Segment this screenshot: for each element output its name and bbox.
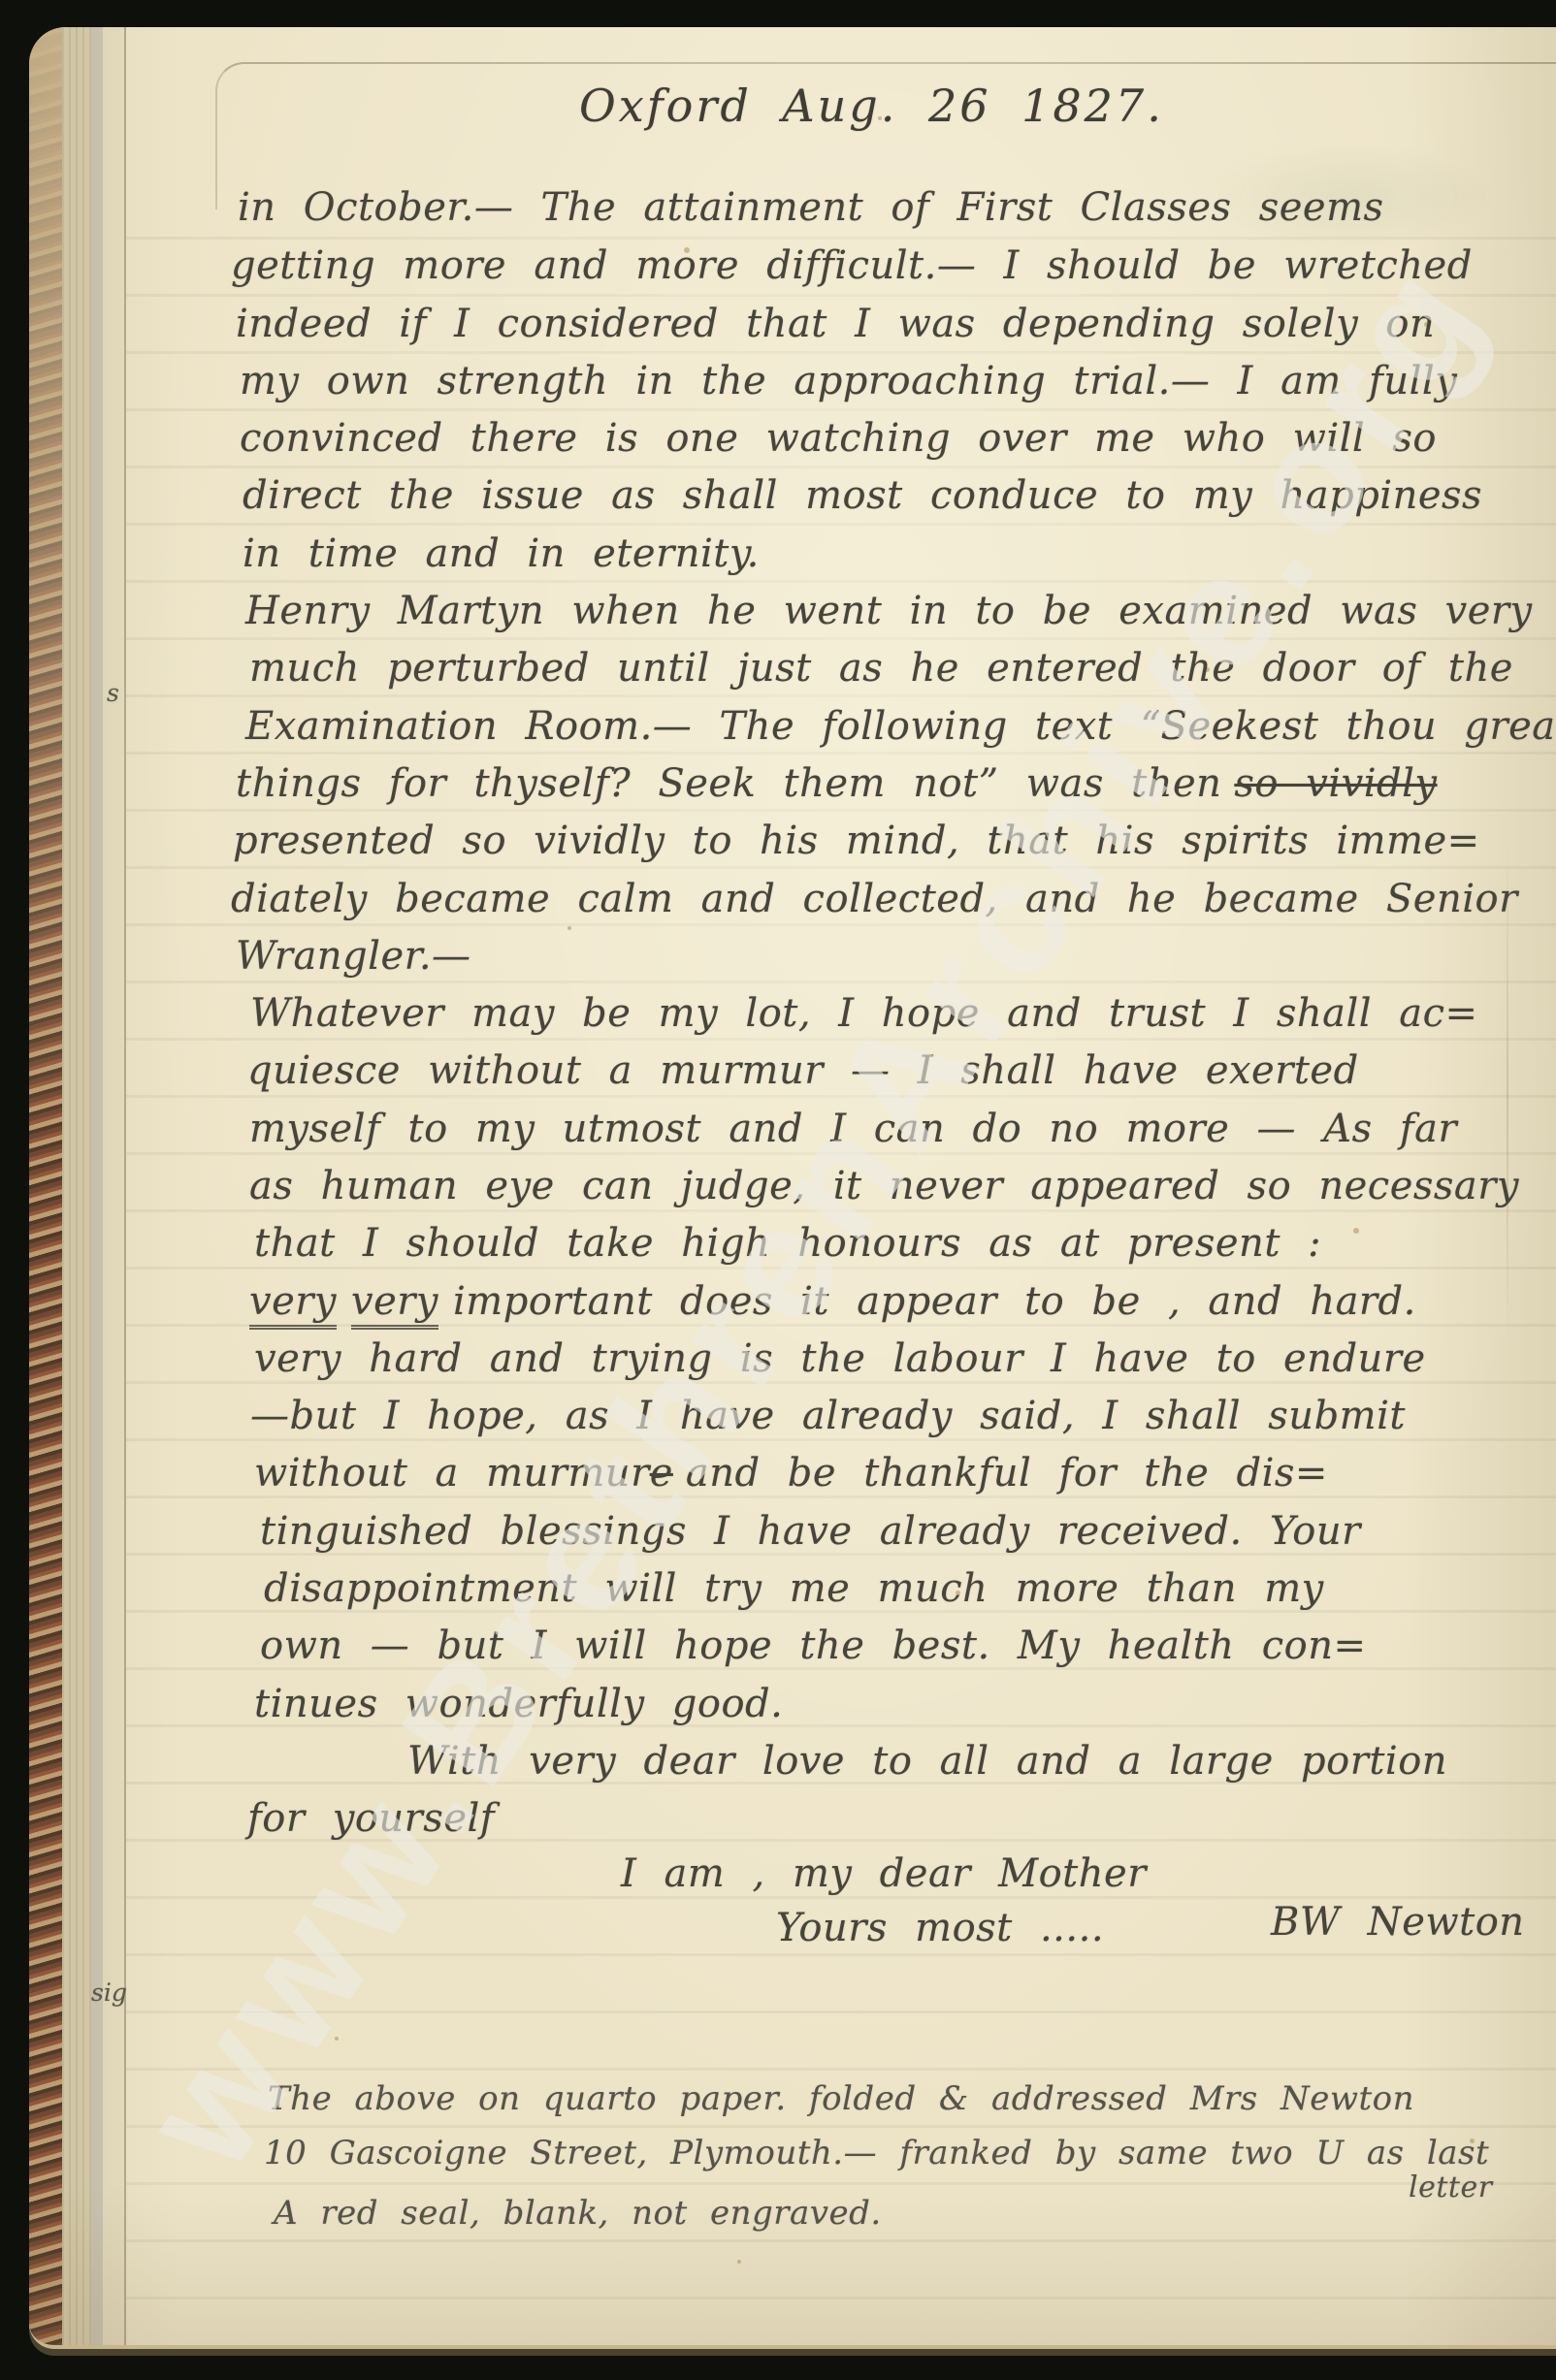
postscript-line: A red seal, blank, not engraved.	[274, 2194, 882, 2233]
underlined-word: very	[249, 1279, 337, 1330]
foxing-spot	[737, 2260, 741, 2264]
postscript-line: The above on quarto paper. folded & addr…	[268, 2079, 1414, 2118]
manuscript-line: getting more and more difficult.— I shou…	[231, 244, 1473, 287]
manuscript-line: Examination Room.— The following text “S…	[245, 705, 1556, 748]
manuscript-line: presented so vividly to his mind, that h…	[233, 820, 1480, 862]
margin-note: sig	[91, 1978, 127, 2007]
manuscript-line: in time and in eternity.	[243, 532, 760, 575]
manuscript-line: diately became calm and collected, and h…	[231, 878, 1518, 920]
postscript-wrap-word: letter	[1409, 2171, 1493, 2204]
foxing-spot	[1353, 1228, 1359, 1234]
signature: BW Newton	[1271, 1901, 1525, 1944]
scanned-manuscript-photo: { "watermark": "www.BrethrenArchive.org"…	[0, 0, 1556, 2380]
manuscript-line: tinguished blessings I have already rece…	[260, 1510, 1361, 1553]
manuscript-line: in October.— The attainment of First Cla…	[238, 186, 1384, 229]
manuscript-line: much perturbed until just as he entered …	[249, 647, 1513, 690]
manuscript-line: without a murmureand be thankful for the…	[254, 1452, 1328, 1495]
manuscript-line: disappointment will try me much more tha…	[264, 1567, 1324, 1610]
underlined-word: very	[351, 1279, 438, 1330]
margin-note: s	[107, 679, 119, 707]
manuscript-line: I am , my dear Mother	[621, 1852, 1147, 1895]
manuscript-line: —but I hope, as I have already said, I s…	[250, 1395, 1406, 1437]
strikethrough-text: so vividly	[1234, 761, 1437, 806]
heading-dateline: Oxford Aug. 26 1827.	[579, 80, 1164, 132]
manuscript-line: Wrangler.—	[236, 935, 471, 978]
manuscript-line: very hard and trying is the labour I hav…	[254, 1337, 1426, 1380]
manuscript-line: things for thyself? Seek them not” was t…	[236, 762, 1438, 805]
line-text: important does it appear to be , and har…	[453, 1279, 1416, 1324]
foxing-spot	[567, 926, 571, 930]
valediction: Yours most .....	[776, 1907, 1104, 1949]
line-text: and be thankful for the dis=	[686, 1451, 1328, 1496]
manuscript-line: indeed if I considered that I was depend…	[236, 303, 1435, 345]
postscript-line: 10 Gascoigne Street, Plymouth.— franked …	[264, 2134, 1489, 2172]
